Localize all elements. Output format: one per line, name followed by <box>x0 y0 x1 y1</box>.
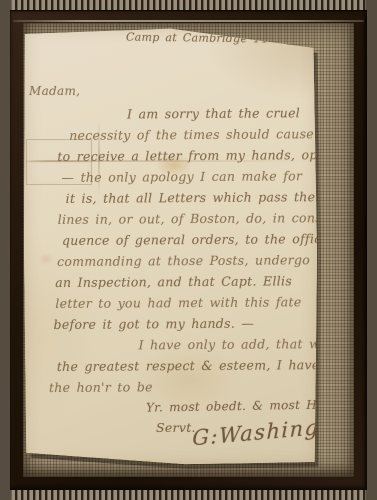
letter-body-line: lines in, or out, of Boston, do, in cons… <box>58 210 345 233</box>
letter-body-line: commanding at those Posts, undergo <box>57 252 345 275</box>
letter-body-line: to receive a letter from my hands, open <box>57 147 344 170</box>
letter-body: I am sorry that the cruel necessity of t… <box>41 105 346 401</box>
letter-body-line: I have only to add, that with <box>139 336 346 358</box>
letter-body-line: an Inspection, and that Capt. Ellis <box>55 273 345 296</box>
letter-body-line: necessity of the times should cause you <box>69 126 344 149</box>
letter-paper: Camp at Cambridge 14 Sepr. 1775 Madam, I… <box>24 27 317 465</box>
letter-body-line: letter to you had met with this fate <box>55 294 345 317</box>
letter-body-line: — the only apology I can make for <box>61 168 344 191</box>
letter-body-line: I am sorry that the cruel <box>127 105 344 128</box>
frame-molding-highlight <box>13 20 364 22</box>
letter-body-line: before it got to my hands. — <box>53 315 345 338</box>
letter-body-line: the greatest respect & esteem, I have <box>57 357 346 380</box>
letter-closing-line: Yr. most obedt. & most Hble <box>146 397 337 414</box>
letter-closing-line: Servt. <box>156 420 196 435</box>
letter-body-line: quence of general orders, to the officer… <box>62 231 345 254</box>
letter-body-line: it is, that all Letters which pass the <box>66 189 345 212</box>
frame-beaded-edge-bottom <box>0 489 377 500</box>
framed-letter-photo: Camp at Cambridge 14 Sepr. 1775 Madam, I… <box>0 0 377 500</box>
letter-salutation: Madam, <box>29 84 80 98</box>
frame-beaded-edge-right <box>366 0 377 500</box>
